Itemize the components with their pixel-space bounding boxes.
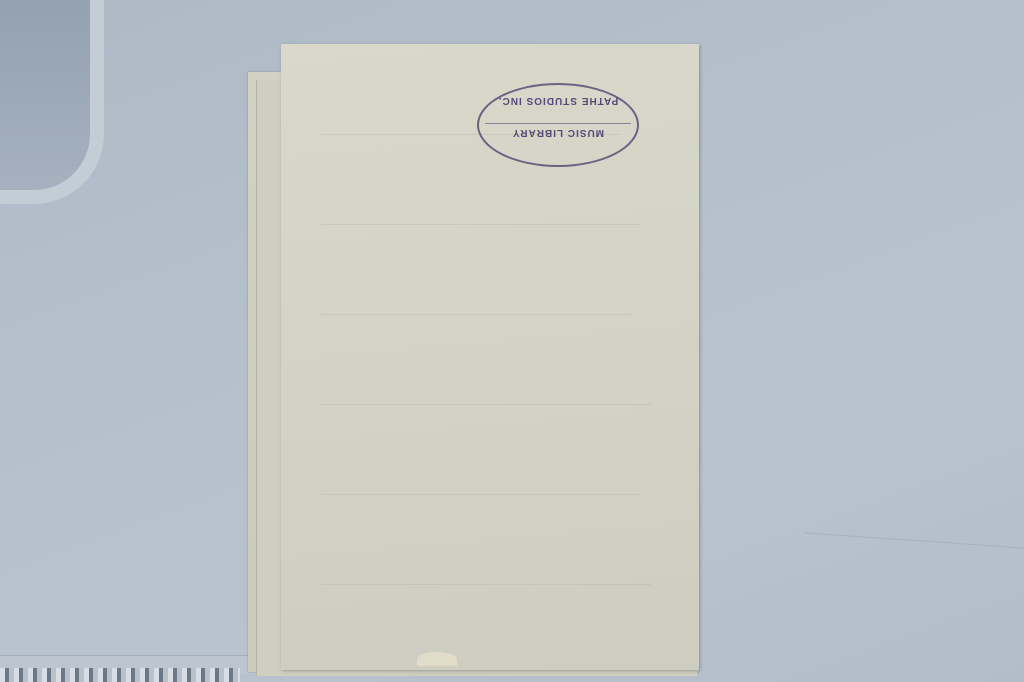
stamp-divider — [485, 123, 631, 124]
paper-tear — [417, 652, 457, 666]
faint-line — [321, 404, 651, 405]
faint-line — [321, 584, 651, 585]
plastic-tray — [0, 0, 104, 204]
gravel-strip — [0, 668, 240, 682]
stamp-top-text: PATHE STUDIOS INC. — [479, 95, 637, 106]
faint-line — [321, 224, 641, 225]
pencil-mark — [28, 225, 86, 258]
library-stamp: PATHE STUDIOS INC. MUSIC LIBRARY — [477, 83, 639, 167]
stamp-bottom-text: MUSIC LIBRARY — [479, 127, 637, 138]
surface-seam — [805, 532, 1024, 548]
faint-line — [321, 314, 631, 315]
faint-line — [321, 494, 641, 495]
